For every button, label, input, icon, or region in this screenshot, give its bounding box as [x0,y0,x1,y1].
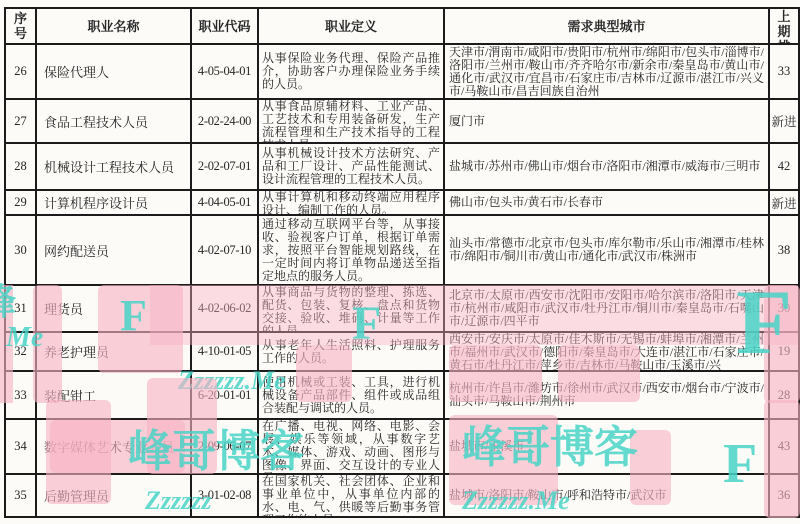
cell-code: 4-02-06-02 [191,285,258,332]
cell-rank: 30 [769,285,799,332]
cell-rank-text: 43 [770,420,798,473]
cell-no: 32 [5,332,36,371]
cell-no: 28 [5,143,36,190]
cell-cities-text: 杭州市/许昌市/潍坊市/徐州市/武汉市/西安市/烟台市/宁波市/汕头市/马鞍山市… [445,372,768,418]
cell-code: 3-01-02-08 [191,474,258,517]
cell-definition-text: 使用机械或工装、工具，进行机械设备产品部件、组件或成品组合装配与调试的人员。 [259,372,443,418]
cell-rank-text: 19 [770,333,798,370]
cell-rank-text: 新进 [770,100,798,142]
col-header-code: 职业代码 [191,8,258,44]
cell-rank: 43 [769,419,799,474]
cell-cities: 天津市/渭南市/咸阳市/贵阳市/杭州市/绵阳市/包头市/淄博市/洛阳市/兰州市/… [444,44,769,99]
col-header-cities-text: 需求典型城市 [445,9,768,43]
cell-name-text: 计算机程序设计员 [37,191,190,214]
cell-rank-text: 33 [770,45,798,98]
cell-cities: 西安市/安庆市/太原市/佳木斯市/无锡市/蚌埠市/湘潭市/兰州市/福州市/武汉市… [444,332,769,371]
cell-definition-text: 从事食品原辅材料、工业产品、工艺技术和专用装备研发，生产流程管理和生产技术指导的… [259,100,443,142]
header-row: 序号 职业名称 职业代码 职业定义 需求典型城市 上期排位 [5,8,799,44]
cell-code-text: 2-02-24-00 [192,100,257,142]
cell-no: 33 [5,371,36,419]
col-header-no: 序号 [5,8,36,44]
cell-code: 4-02-07-10 [191,215,258,285]
col-header-name-text: 职业名称 [37,9,190,43]
cell-cities-text: 天津市/渭南市/咸阳市/贵阳市/杭州市/绵阳市/包头市/淄博市/洛阳市/兰州市/… [445,45,768,98]
cell-cities: 汕头市/常德市/北京市/包头市/库尔勒市/乐山市/湘潭市/桂林市/绵阳市/铜川市… [444,215,769,285]
cell-rank-text: 28 [770,372,798,418]
cell-definition: 在国家机关、社会团体、企业和事业单位中，从事单位内部的水、电、气、供暖等后勤事务… [258,474,444,517]
cell-name-text: 理货员 [37,286,190,331]
cell-no-text: 27 [6,100,35,142]
cell-rank-text: 新进 [770,191,798,214]
cell-rank: 33 [769,44,799,99]
cell-code: 4-10-01-05 [191,332,258,371]
table-row: 35后勤管理员3-01-02-08在国家机关、社会团体、企业和事业单位中，从事单… [5,474,799,517]
col-header-no-text: 序号 [6,9,35,43]
cell-cities-text: 汕头市/常德市/北京市/包头市/库尔勒市/乐山市/湘潭市/桂林市/绵阳市/铜川市… [445,216,768,284]
cell-cities: 杭州市/许昌市/潍坊市/徐州市/武汉市/西安市/烟台市/宁波市/汕头市/马鞍山市… [444,371,769,419]
col-header-rank-text: 上期排位 [770,9,798,43]
cell-definition: 从事机械设计技术方法研究、产品和工厂设计、产品性能测试、设计流程管理的工程技术人… [258,143,444,190]
cell-rank-text: 30 [770,286,798,331]
cell-code-text: 2-09-06-07 [192,420,257,473]
cell-code: 2-09-06-07 [191,419,258,474]
cell-code-text: 3-01-02-08 [192,475,257,516]
cell-rank-text: 38 [770,216,798,284]
cell-code: 4-05-04-01 [191,44,258,99]
cell-code-text: 4-02-07-10 [192,216,257,284]
cell-no: 31 [5,285,36,332]
cell-cities: 厦门市 [444,99,769,143]
col-header-name: 职业名称 [36,8,191,44]
cell-definition-text: 在国家机关、社会团体、企业和事业单位中，从事单位内部的水、电、气、供暖等后勤事务… [259,475,443,516]
table-row: 26保险代理人4-05-04-01从事保险业务代理、保险产品推介，协助客户办理保… [5,44,799,99]
col-header-definition-text: 职业定义 [259,9,443,43]
col-header-definition: 职业定义 [258,8,444,44]
cell-no-text: 29 [6,191,35,214]
cell-cities: 盐城市/玉溪市 [444,419,769,474]
cell-no-text: 26 [6,45,35,98]
cell-definition-text: 从事机械设计技术方法研究、产品和工厂设计、产品性能测试、设计流程管理的工程技术人… [259,144,443,189]
cell-name: 机械设计工程技术人员 [36,143,191,190]
table-row: 34数字媒体艺术专业人员2-09-06-07在广播、电视、网络、电影、会展、娱乐… [5,419,799,474]
cell-cities: 盐城市/苏州市/佛山市/烟台市/洛阳市/湘潭市/威海市/三明市 [444,143,769,190]
cell-code-text: 4-02-06-02 [192,286,257,331]
cell-definition: 在广播、电视、网络、电影、会展、娱乐等领域，从事数字艺术、媒体、游戏、动画、图形… [258,419,444,474]
cell-cities-text: 盐城市/玉溪市 [445,420,768,473]
table-row: 30网约配送员4-02-07-10通过移动互联网平台等，从事接收、验视客户订单，… [5,215,799,285]
table-row: 32养老护理员4-10-01-05从事老年人生活照料、护理服务工作的人员。西安市… [5,332,799,371]
cell-rank: 36 [769,474,799,517]
cell-cities-text: 盐城市/苏州市/佛山市/烟台市/洛阳市/湘潭市/威海市/三明市 [445,144,768,189]
table-row: 28机械设计工程技术人员2-02-07-01从事机械设计技术方法研究、产品和工厂… [5,143,799,190]
cell-no: 29 [5,190,36,215]
cell-cities-text: 盐城市/洛阳市/鞍山市/呼和浩特市/武汉市 [445,475,768,516]
cell-name-text: 网约配送员 [37,216,190,284]
cell-name: 装配钳工 [36,371,191,419]
cell-rank: 28 [769,371,799,419]
cell-no: 34 [5,419,36,474]
cell-code: 2-02-07-01 [191,143,258,190]
cell-rank: 新进 [769,99,799,143]
cell-rank: 42 [769,143,799,190]
cell-rank-text: 42 [770,144,798,189]
cell-name-text: 装配钳工 [37,372,190,418]
cell-code: 6-20-01-01 [191,371,258,419]
cell-name: 理货员 [36,285,191,332]
cell-definition-text: 从事保险业务代理、保险产品推介，协助客户办理保险业务手续的人员。 [259,45,443,98]
col-header-rank: 上期排位 [769,8,799,44]
cell-cities-text: 北京市/太原市/西安市/沈阳市/安阳市/哈尔滨市/洛阳市/天津市/杭州市/咸阳市… [445,286,768,331]
cell-no: 26 [5,44,36,99]
col-header-code-text: 职业代码 [192,9,257,43]
cell-name: 保险代理人 [36,44,191,99]
cell-no: 30 [5,215,36,285]
cell-definition: 从事计算机和移动终端应用程序设计、编制工作的人员。 [258,190,444,215]
cell-name-text: 食品工程技术人员 [37,100,190,142]
cell-definition: 从事老年人生活照料、护理服务工作的人员。 [258,332,444,371]
cell-no-text: 32 [6,333,35,370]
cell-no-text: 34 [6,420,35,473]
cell-rank: 38 [769,215,799,285]
cell-rank: 新进 [769,190,799,215]
cell-definition-text: 从事老年人生活照料、护理服务工作的人员。 [259,333,443,370]
cell-code: 4-04-05-01 [191,190,258,215]
cell-no-text: 28 [6,144,35,189]
occupation-ranking-table: 序号 职业名称 职业代码 职业定义 需求典型城市 上期排位 26保险代理人4-0… [4,7,800,518]
cell-name: 养老护理员 [36,332,191,371]
cell-name: 计算机程序设计员 [36,190,191,215]
cell-no-text: 33 [6,372,35,418]
cell-cities-text: 西安市/安庆市/太原市/佳木斯市/无锡市/蚌埠市/湘潭市/兰州市/福州市/武汉市… [445,333,768,370]
cell-code-text: 2-02-07-01 [192,144,257,189]
cell-definition: 从事保险业务代理、保险产品推介，协助客户办理保险业务手续的人员。 [258,44,444,99]
cell-code-text: 6-20-01-01 [192,372,257,418]
cell-definition: 通过移动互联网平台等，从事接收、验视客户订单，根据订单需求，按照平台智能规划路线… [258,215,444,285]
cell-cities-text: 厦门市 [445,100,768,142]
cell-name-text: 养老护理员 [37,333,190,370]
table-row: 29计算机程序设计员4-04-05-01从事计算机和移动终端应用程序设计、编制工… [5,190,799,215]
document-page: 序号 职业名称 职业代码 职业定义 需求典型城市 上期排位 26保险代理人4-0… [0,0,800,524]
cell-code: 2-02-24-00 [191,99,258,143]
cell-definition-text: 通过移动互联网平台等，从事接收、验视客户订单，根据订单需求，按照平台智能规划路线… [259,216,443,284]
cell-definition: 从事食品原辅材料、工业产品、工艺技术和专用装备研发，生产流程管理和生产技术指导的… [258,99,444,143]
cell-name-text: 数字媒体艺术专业人员 [37,420,190,473]
table-row: 33装配钳工6-20-01-01使用机械或工装、工具，进行机械设备产品部件、组件… [5,371,799,419]
cell-code-text: 4-10-01-05 [192,333,257,370]
cell-no-text: 31 [6,286,35,331]
cell-no-text: 35 [6,475,35,516]
cell-name-text: 后勤管理员 [37,475,190,516]
cell-name: 后勤管理员 [36,474,191,517]
cell-name-text: 保险代理人 [37,45,190,98]
cell-name-text: 机械设计工程技术人员 [37,144,190,189]
cell-code-text: 4-04-05-01 [192,191,257,214]
cell-rank-text: 36 [770,475,798,516]
table-row: 31理货员4-02-06-02从事商品与货物的整理、拣选、配货、包装、复核、盘点… [5,285,799,332]
cell-name: 网约配送员 [36,215,191,285]
cell-cities: 北京市/太原市/西安市/沈阳市/安阳市/哈尔滨市/洛阳市/天津市/杭州市/咸阳市… [444,285,769,332]
cell-no-text: 30 [6,216,35,284]
col-header-cities: 需求典型城市 [444,8,769,44]
cell-name: 食品工程技术人员 [36,99,191,143]
cell-definition-text: 在广播、电视、网络、电影、会展、娱乐等领域，从事数字艺术、媒体、游戏、动画、图形… [259,420,443,473]
cell-cities: 佛山市/包头市/黄石市/长春市 [444,190,769,215]
cell-definition-text: 从事商品与货物的整理、拣选、配货、包装、复核、盘点和货物交接、验收、堆码、计量等… [259,286,443,331]
cell-name: 数字媒体艺术专业人员 [36,419,191,474]
table-row: 27食品工程技术人员2-02-24-00从事食品原辅材料、工业产品、工艺技术和专… [5,99,799,143]
cell-cities-text: 佛山市/包头市/黄石市/长春市 [445,191,768,214]
cell-definition: 从事商品与货物的整理、拣选、配货、包装、复核、盘点和货物交接、验收、堆码、计量等… [258,285,444,332]
cell-rank: 19 [769,332,799,371]
cell-no: 27 [5,99,36,143]
cell-definition-text: 从事计算机和移动终端应用程序设计、编制工作的人员。 [259,191,443,214]
cell-cities: 盐城市/洛阳市/鞍山市/呼和浩特市/武汉市 [444,474,769,517]
cell-definition: 使用机械或工装、工具，进行机械设备产品部件、组件或成品组合装配与调试的人员。 [258,371,444,419]
cell-no: 35 [5,474,36,517]
cell-code-text: 4-05-04-01 [192,45,257,98]
